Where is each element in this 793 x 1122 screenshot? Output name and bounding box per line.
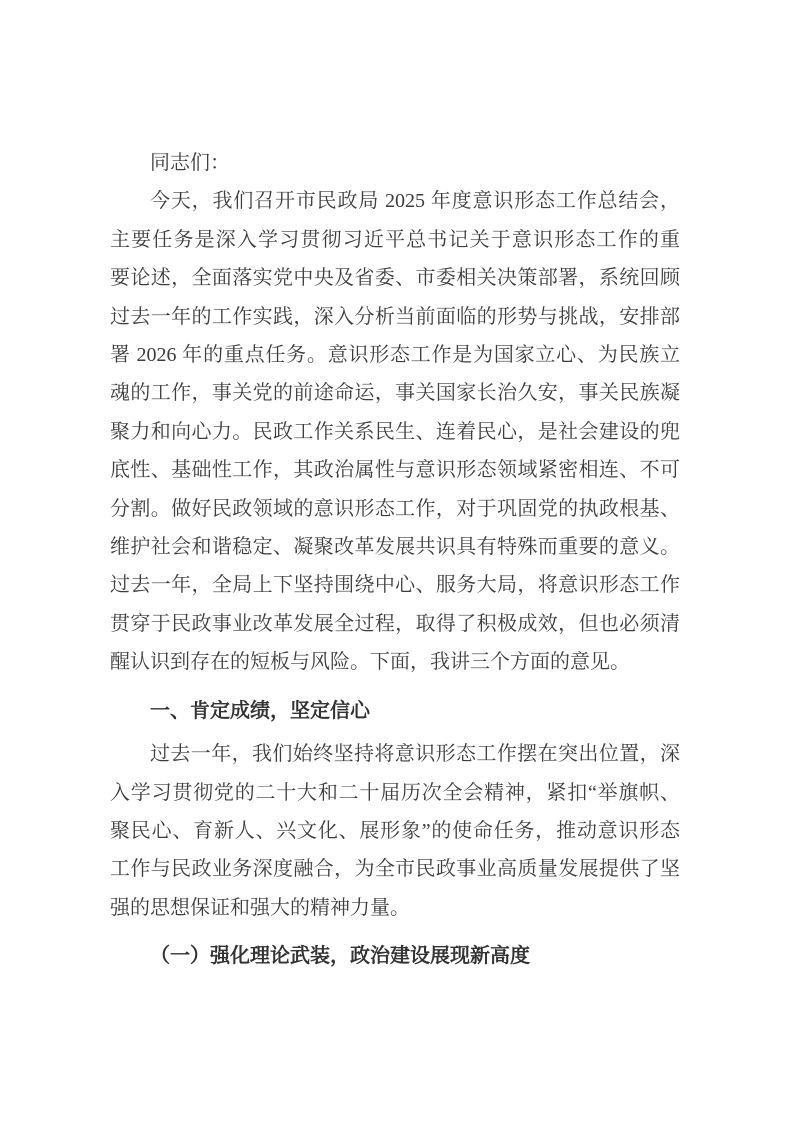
section-1-paragraph: 过去一年，我们始终坚持将意识形态工作摆在突出位置，深入学习贯彻党的二十大和二十届… <box>110 735 680 927</box>
text-line: 入学习贯彻党的二十大和二十届历次全会精神，紧扣“举旗帜、 <box>110 774 680 812</box>
text-line: 强的思想保证和强大的精神力量。 <box>110 889 680 927</box>
section-1-heading: 一、肯定成绩，坚定信心 <box>110 692 680 730</box>
document-page: 同志们： 今天，我们召开市民政局 2025 年度意识形态工作总结会，主要任务是深… <box>0 0 793 1122</box>
text-line: 主要任务是深入学习贯彻习近平总书记关于意识形态工作的重 <box>110 221 680 259</box>
subsection-1-1-heading: （一）强化理论武装，政治建设展现新高度 <box>110 937 680 975</box>
text-line: 今天，我们召开市民政局 2025 年度意识形态工作总结会， <box>110 182 680 220</box>
text-line: 工作与民政业务深度融合，为全市民政事业高质量发展提供了坚 <box>110 850 680 888</box>
text-line: 要论述，全面落实党中央及省委、市委相关决策部署，系统回顾 <box>110 259 680 297</box>
text-line: 魂的工作，事关党的前途命运，事关国家长治久安，事关民族凝 <box>110 374 680 412</box>
text-line: 醒认识到存在的短板与风险。下面，我讲三个方面的意见。 <box>110 643 680 681</box>
text-line: 聚力和向心力。民政工作关系民生、连着民心，是社会建设的兜 <box>110 413 680 451</box>
text-line: 过去一年的工作实践，深入分析当前面临的形势与挑战，安排部 <box>110 298 680 336</box>
text-line: 过去一年，全局上下坚持围绕中心、服务大局，将意识形态工作 <box>110 566 680 604</box>
text-line: 聚民心、育新人、兴文化、展形象”的使命任务，推动意识形态 <box>110 812 680 850</box>
text-line: 署 2026 年的重点任务。意识形态工作是为国家立心、为民族立 <box>110 336 680 374</box>
document-body: 同志们： 今天，我们召开市民政局 2025 年度意识形态工作总结会，主要任务是深… <box>110 144 680 981</box>
text-line: 底性、基础性工作，其政治属性与意识形态领域紧密相连、不可 <box>110 451 680 489</box>
salutation: 同志们： <box>110 144 680 182</box>
text-line: 过去一年，我们始终坚持将意识形态工作摆在突出位置，深 <box>110 735 680 773</box>
text-line: 分割。做好民政领域的意识形态工作，对于巩固党的执政根基、 <box>110 490 680 528</box>
text-line: 贯穿于民政事业改革发展全过程，取得了积极成效，但也必须清 <box>110 605 680 643</box>
opening-paragraph: 今天，我们召开市民政局 2025 年度意识形态工作总结会，主要任务是深入学习贯彻… <box>110 182 680 681</box>
text-line: 维护社会和谐稳定、凝聚改革发展共识具有特殊而重要的意义。 <box>110 528 680 566</box>
